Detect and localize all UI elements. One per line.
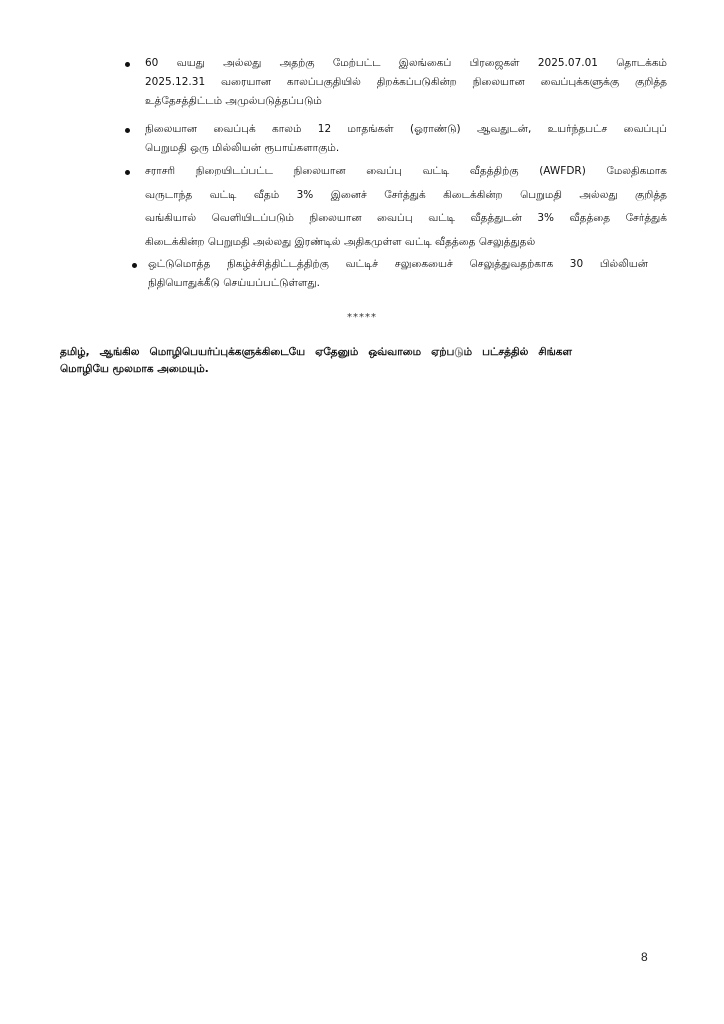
text-line: வருடாந்த வட்டி வீதம் 3% இனைச் சேர்த்துக்… bbox=[145, 184, 667, 208]
text-line: நிலையான வைப்புக் காலம் 12 மாதங்கள் (ஓராண… bbox=[145, 120, 667, 139]
bullet-icon bbox=[125, 170, 130, 175]
bullet-icon bbox=[125, 128, 130, 133]
note-line: தமிழ், ஆங்கில மொழிபெயர்ப்புக்களுக்கிடையே… bbox=[60, 344, 572, 361]
text-line: 60 வயது அல்லது அதற்கு மேற்பட்ட இலங்கைப் … bbox=[145, 54, 667, 73]
section-separator: ***** bbox=[0, 312, 724, 323]
text-line: நிதியொதுக்கீடு செய்யப்பட்டுள்ளது. bbox=[148, 274, 648, 293]
text-line: வங்கியால் வெளியிடப்படும் நிலையான வைப்பு … bbox=[145, 207, 667, 231]
page-number: 8 bbox=[641, 950, 648, 964]
text-line: 2025.12.31 வரையான காலப்பகுதியில் திறக்கப… bbox=[145, 73, 667, 92]
translation-note: தமிழ், ஆங்கில மொழிபெயர்ப்புக்களுக்கிடையே… bbox=[60, 344, 572, 378]
text-line: கிடைக்கின்ற பெறுமதி அல்லது இரண்டில் அதிக… bbox=[145, 231, 667, 255]
text-line: ஒட்டுமொத்த நிகழ்ச்சித்திட்டத்திற்கு வட்ட… bbox=[148, 255, 648, 274]
text-line: உத்தேசத்திட்டம் அமுல்படுத்தப்படும் bbox=[145, 92, 667, 111]
bullet-item-allocation: ஒட்டுமொத்த நிகழ்ச்சித்திட்டத்திற்கு வட்ட… bbox=[148, 255, 648, 293]
bullet-icon bbox=[132, 263, 137, 268]
bullet-item-deposit-period: நிலையான வைப்புக் காலம் 12 மாதங்கள் (ஓராண… bbox=[145, 120, 667, 158]
bullet-item-age-eligibility: 60 வயது அல்லது அதற்கு மேற்பட்ட இலங்கைப் … bbox=[145, 54, 667, 111]
bullet-icon bbox=[125, 62, 130, 67]
text-line: பெறுமதி ஒரு மில்லியன் ரூபாய்களாகும். bbox=[145, 139, 667, 158]
note-line: மொழியே மூலமாக அமையும். bbox=[60, 361, 572, 378]
bullet-item-interest-rate: சராசரி நிறையிடப்பட்ட நிலையான வைப்பு வட்ட… bbox=[145, 160, 667, 254]
text-line: சராசரி நிறையிடப்பட்ட நிலையான வைப்பு வட்ட… bbox=[145, 160, 667, 184]
